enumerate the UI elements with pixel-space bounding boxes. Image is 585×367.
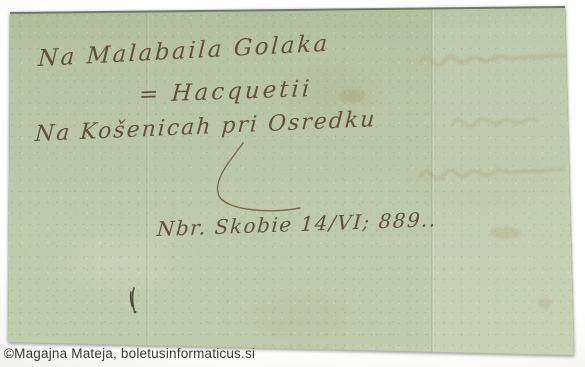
handwriting-line-locality: Na Košenicah pri Osredku — [34, 107, 377, 147]
copyright-credit: ©Magajna Mateja, boletusinformaticus.si — [4, 346, 255, 361]
handwriting-line-species: Na Malabaila Golaka — [37, 31, 330, 72]
paper-shadow: Na Malabaila Golaka = Hacquetii Na Košen… — [0, 0, 585, 367]
paper-right-section — [432, 0, 574, 367]
handwriting-line-synonym: = Hacquetii — [138, 76, 313, 108]
handwriting-line-collector-date: Nbr. Skobie 14/VI; 889.. — [156, 207, 438, 241]
note-paper: Na Malabaila Golaka = Hacquetii Na Košen… — [0, 0, 585, 367]
scanned-note: Na Malabaila Golaka = Hacquetii Na Košen… — [0, 0, 585, 367]
fold-crease-right — [431, 0, 434, 367]
